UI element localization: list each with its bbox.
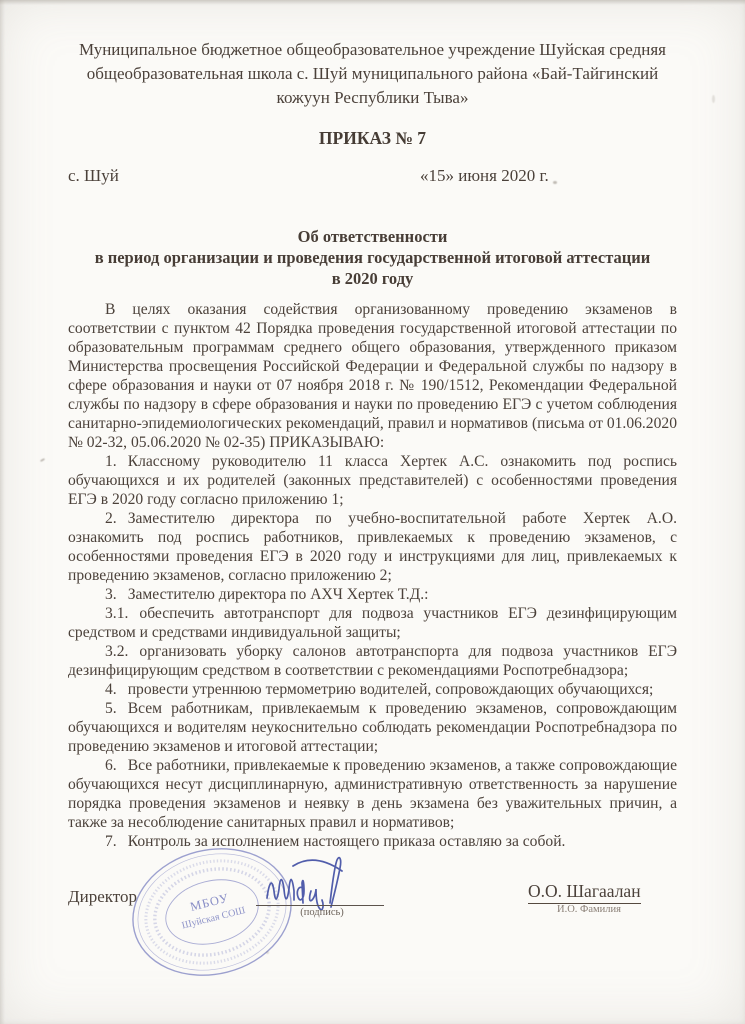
item-text: обеспечить автотранспорт для подвоза уча… — [68, 605, 677, 641]
signature-caption: (подпись) — [262, 907, 382, 918]
item-number: 1. — [105, 453, 128, 470]
handwritten-signature — [263, 853, 367, 911]
item-text: провести утреннюю термометрию водителей,… — [128, 681, 654, 698]
item-number: 6. — [105, 757, 128, 774]
order-body: В целях оказания содействия организованн… — [68, 300, 677, 851]
place-label: с. Шуй — [68, 166, 119, 186]
scan-edge-shadow-left — [0, 0, 5, 1024]
item-number: 5. — [105, 700, 128, 717]
item-text: Всем работникам, привлекаемым к проведен… — [68, 700, 677, 755]
scan-edge-shadow-top — [0, 0, 745, 5]
order-title: Об ответственности в период организации … — [40, 226, 705, 289]
item-number: 3.2. — [105, 643, 139, 660]
order-number-heading: ПРИКАЗ № 7 — [0, 128, 745, 149]
stamp-inner-microtext-ring — [146, 857, 279, 967]
order-item: 1.Классному руководителю 11 класса Херте… — [68, 452, 677, 509]
signature-line — [256, 905, 384, 906]
signatory-name: О.О. Шагаалан — [528, 881, 641, 904]
scan-noise-speck — [40, 458, 45, 462]
order-item: 3.2.организовать уборку салонов автотран… — [68, 642, 677, 680]
organization-name: Муниципальное бюджетное общеобразователь… — [50, 38, 695, 110]
scan-noise-speck — [266, 951, 269, 954]
order-title-line: в 2020 году — [40, 268, 705, 289]
item-number: 3. — [105, 586, 128, 603]
item-number: 7. — [105, 833, 128, 850]
item-text: Заместителю директора по АХЧ Хертек Т.Д.… — [128, 586, 429, 603]
item-text: Все работники, привлекаемые к проведению… — [68, 757, 677, 831]
item-text: Заместителю директора по учебно-воспитат… — [68, 510, 677, 584]
order-title-line: Об ответственности — [40, 226, 705, 247]
date-label: «15» июня 2020 г. — [420, 166, 549, 186]
signatory-name-caption: И.О. Фамилия — [528, 904, 650, 915]
order-item: 3.1.обеспечить автотранспорт для подвоза… — [68, 604, 677, 642]
item-text: Классному руководителю 11 класса Хертек … — [68, 453, 677, 508]
order-item: 4.провести утреннюю термометрию водителе… — [68, 680, 677, 699]
scan-noise-speck — [553, 181, 557, 184]
scanned-order-page: Муниципальное бюджетное общеобразователь… — [0, 0, 745, 1024]
scan-noise-speck — [712, 95, 715, 103]
organization-name-line: общеобразовательная школа с. Шуй муницип… — [50, 62, 695, 86]
order-item: 5.Всем работникам, привлекаемым к провед… — [68, 699, 677, 756]
item-number: 2. — [105, 510, 128, 527]
order-items: 1.Классному руководителю 11 класса Херте… — [68, 452, 677, 851]
item-text: организовать уборку салонов автотранспор… — [68, 643, 677, 679]
order-title-line: в период организации и проведения госуда… — [40, 247, 705, 268]
organization-name-line: кожуун Республики Тыва» — [50, 86, 695, 110]
order-item: 2.Заместителю директора по учебно-воспит… — [68, 509, 677, 585]
order-item: 3.Заместителю директора по АХЧ Хертек Т.… — [68, 585, 677, 604]
order-item: 6.Все работники, привлекаемые к проведен… — [68, 756, 677, 832]
intro-paragraph: В целях оказания содействия организованн… — [68, 300, 677, 452]
organization-name-line: Муниципальное бюджетное общеобразователь… — [50, 38, 695, 62]
item-number: 3.1. — [105, 605, 139, 622]
item-number: 4. — [105, 681, 128, 698]
